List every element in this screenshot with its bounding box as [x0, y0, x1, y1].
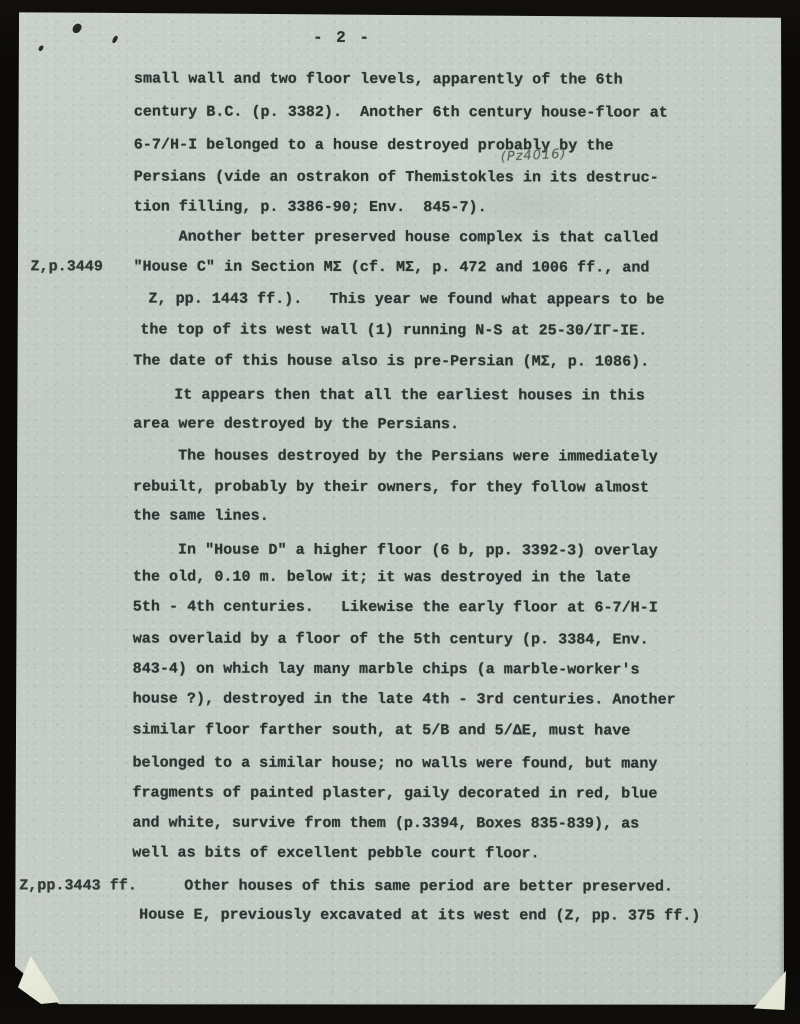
ink-speck	[111, 35, 118, 44]
typed-line: The houses destroyed by the Persians wer…	[178, 447, 658, 468]
typed-line: Z, pp. 1443 ff.). This year we found wha…	[148, 289, 664, 310]
typed-line: 5th - 4th centuries. Likewise the early …	[133, 597, 658, 618]
typed-line: the old, 0.10 m. below it; it was destro…	[133, 567, 631, 588]
typed-line: Another better preserved house complex i…	[179, 228, 659, 249]
typed-line: the same lines.	[133, 506, 269, 526]
typed-line: and white, survive from them (p.3394, Bo…	[132, 813, 639, 834]
pencil-annotation: (Pz4016)	[500, 147, 567, 166]
typed-line: was overlaid by a floor of the 5th centu…	[133, 629, 649, 650]
ink-specks	[1, 0, 800, 1]
typed-line: fragments of painted plaster, gaily deco…	[132, 783, 657, 804]
page-content: - 2 - small wall and two floor levels, a…	[0, 0, 800, 1024]
typed-line: small wall and two floor levels, apparen…	[134, 69, 623, 90]
typed-line: similar floor farther south, at 5/B and …	[133, 720, 631, 741]
page-number: - 2 -	[313, 28, 371, 48]
typed-text-block: small wall and two floor levels, apparen…	[1, 0, 800, 1]
ink-speck	[71, 22, 82, 34]
typed-line: Persians (vide an ostrakon of Themistokl…	[134, 167, 659, 188]
ink-speck	[38, 45, 44, 52]
scan-background: - 2 - small wall and two floor levels, a…	[0, 0, 800, 1024]
typed-line: In "House D" a higher floor (6 b, pp. 33…	[178, 541, 658, 562]
typed-line: house ?), destroyed in the late 4th - 3r…	[133, 689, 676, 710]
typed-line: the top of its west wall (1) running N-S…	[140, 320, 647, 341]
margin-note: Z,p.3449	[30, 257, 102, 277]
typed-line: "House C" in Section ΜΣ (cf. ΜΣ, p. 472 …	[133, 257, 649, 278]
typed-line: rebuilt, probably by their owners, for t…	[133, 477, 649, 498]
typed-line: belonged to a similar house; no walls we…	[132, 753, 657, 774]
typed-line: The date of this house also is pre-Persi…	[133, 351, 649, 372]
margin-notes: Z,p.3449Z,pp.3443 ff.	[1, 0, 800, 1]
typed-line: well as bits of excellent pebble court f…	[132, 843, 539, 864]
document-page: - 2 - small wall and two floor levels, a…	[13, 10, 787, 1011]
typed-line: area were destroyed by the Persians.	[133, 414, 459, 435]
margin-note: Z,pp.3443 ff.	[19, 876, 137, 896]
typed-line: It appears then that all the earliest ho…	[174, 386, 645, 407]
typed-line: century B.C. (p. 3382). Another 6th cent…	[134, 102, 668, 123]
typed-line: House E, previously excavated at its wes…	[139, 905, 700, 926]
typed-line: 843-4) on which lay many marble chips (a…	[133, 659, 640, 680]
typed-line: tion filling, p. 3386-90; Env. 845-7).	[134, 197, 487, 218]
typed-line: Other houses of this same period are bet…	[184, 877, 673, 898]
paper-smudge	[471, 185, 591, 225]
